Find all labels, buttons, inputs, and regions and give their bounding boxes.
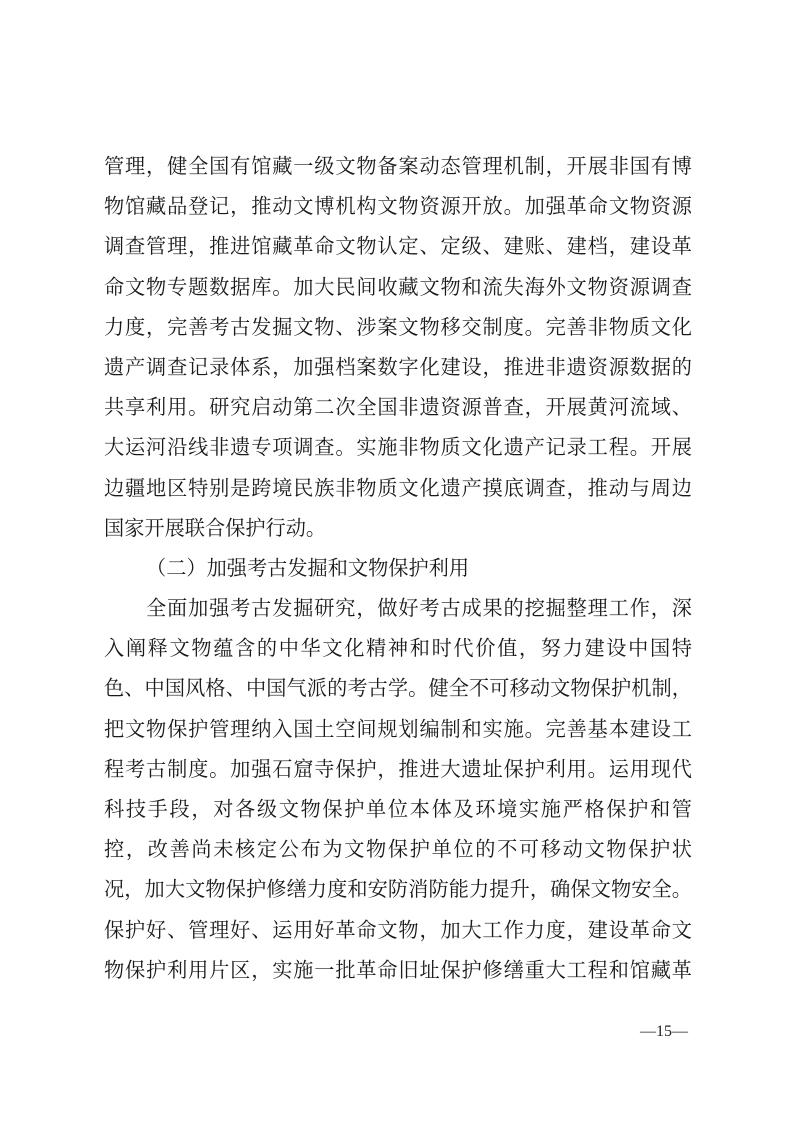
text-line: 命文物专题数据库。加大民间收藏文物和流失海外文物资源调查 <box>104 267 692 307</box>
text-line: 科技手段，对各级文物保护单位本体及环境实施严格保护和管 <box>104 789 692 829</box>
text-line: 色、中国风格、中国气派的考古学。健全不可移动文物保护机制， <box>104 668 692 708</box>
text-line: 保护好、管理好、运用好革命文物，加大工作力度，建设革命文 <box>104 910 692 950</box>
text-line: 物馆藏品登记，推动文博机构文物资源开放。加强革命文物资源 <box>104 186 692 226</box>
text-line: 遗产调查记录体系，加强档案数字化建设，推进非遗资源数据的 <box>104 347 692 387</box>
paragraph-continued: 管理，健全国有馆藏一级文物备案动态管理机制，开展非国有博 物馆藏品登记，推动文博… <box>104 146 692 548</box>
paragraph-archaeology: 全面加强考古发掘研究，做好考古成果的挖掘整理工作，深 入阐释文物蕴含的中华文化精… <box>104 588 692 990</box>
text-line: 大运河沿线非遗专项调查。实施非物质文化遗产记录工程。开展 <box>104 427 692 467</box>
text-line: 入阐释文物蕴含的中华文化精神和时代价值，努力建设中国特 <box>104 628 692 668</box>
text-line: 边疆地区特别是跨境民族非物质文化遗产摸底调查，推动与周边 <box>104 468 692 508</box>
text-line: 物保护利用片区，实施一批革命旧址保护修缮重大工程和馆藏革 <box>104 950 692 990</box>
text-line: 把文物保护管理纳入国土空间规划编制和实施。完善基本建设工 <box>104 709 692 749</box>
text-line: 力度，完善考古发掘文物、涉案文物移交制度。完善非物质文化 <box>104 307 692 347</box>
section-heading: （二）加强考古发掘和文物保护利用 <box>104 548 692 588</box>
page-number: —15— <box>640 1023 688 1041</box>
text-line: 控，改善尚未核定公布为文物保护单位的不可移动文物保护状 <box>104 829 692 869</box>
text-line: 调查管理，推进馆藏革命文物认定、定级、建账、建档，建设革 <box>104 226 692 266</box>
document-body: 管理，健全国有馆藏一级文物备案动态管理机制，开展非国有博 物馆藏品登记，推动文博… <box>104 146 692 990</box>
text-line: 国家开展联合保护行动。 <box>104 508 692 548</box>
text-line: 况，加大文物保护修缮力度和安防消防能力提升，确保文物安全。 <box>104 869 692 909</box>
text-line: 共享利用。研究启动第二次全国非遗资源普查，开展黄河流域、 <box>104 387 692 427</box>
text-line: 程考古制度。加强石窟寺保护，推进大遗址保护利用。运用现代 <box>104 749 692 789</box>
text-line: 全面加强考古发掘研究，做好考古成果的挖掘整理工作，深 <box>104 588 692 628</box>
text-line: 管理，健全国有馆藏一级文物备案动态管理机制，开展非国有博 <box>104 146 692 186</box>
